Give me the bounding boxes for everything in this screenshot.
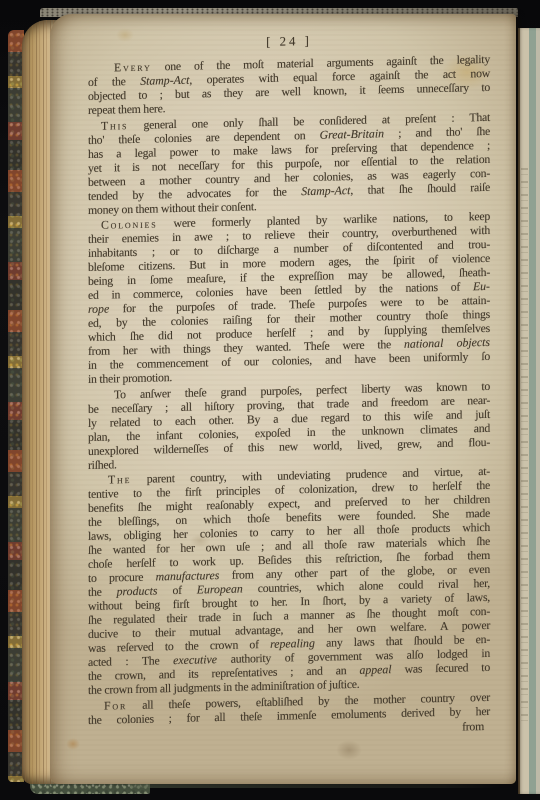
book-photo: [ 24 ] Every one of the moſt material ar… [0, 0, 540, 800]
paragraph: To anſwer theſe grand purpoſes, perfect … [88, 378, 490, 471]
page-number: [ 24 ] [88, 30, 490, 55]
paragraph: Every one of the moſt material arguments… [88, 52, 490, 117]
book-page: [ 24 ] Every one of the moſt material ar… [50, 14, 516, 784]
foxing-stain [66, 738, 80, 750]
paragraphs: Every one of the moſt material arguments… [88, 52, 490, 727]
paragraph: The parent country, with undeviating pru… [88, 464, 490, 697]
paragraph: Colonies were formerly planted by warlik… [88, 209, 490, 386]
printed-text: [ 24 ] Every one of the moſt material ar… [88, 30, 490, 742]
foxing-stain [336, 740, 362, 760]
next-page-sliver [518, 28, 540, 794]
paragraph: This general one only ſhall be conſidere… [88, 109, 490, 216]
next-page-text-showthrough [521, 168, 528, 724]
